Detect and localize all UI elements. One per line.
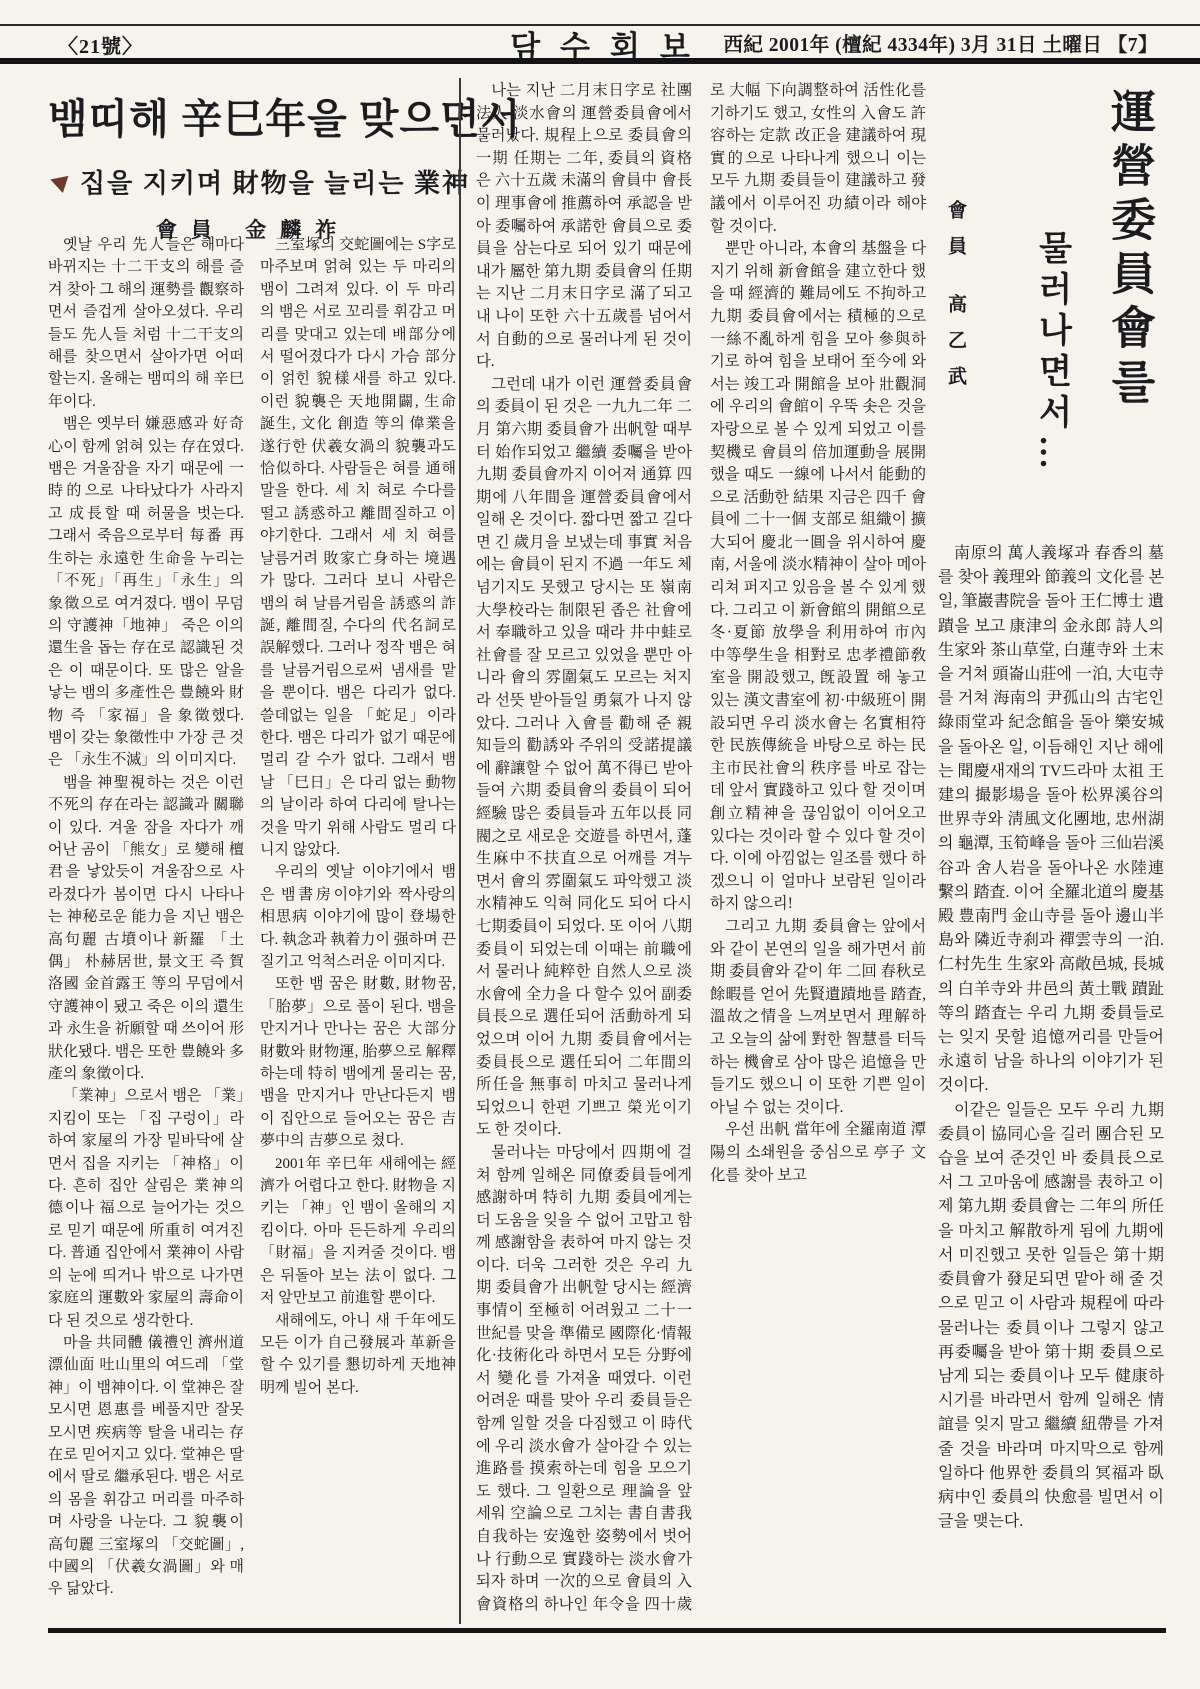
- article-retire-headline-main: 運營委員會를: [1097, 88, 1162, 528]
- paragraph: 이같은 일들은 모두 우리 九期 委員이 協同心을 길러 團合된 모습을 보여 …: [938, 1099, 1164, 1535]
- article-retire-right-block: 運營委員會를 물러나면서… 會員 高乙武 南原의 萬人義塚과 春香의 墓를 찾아…: [938, 80, 1164, 1626]
- paragraph: 南原의 萬人義塚과 春香의 墓를 찾아 義理와 節義의 文化를 본 일, 筆巖書…: [938, 542, 1164, 1099]
- page-bottom-rule: [48, 1628, 1166, 1633]
- article-retire-body-continued: 南原의 萬人義塚과 春香의 墓를 찾아 義理와 節義의 文化를 본 일, 筆巖書…: [938, 542, 1164, 1620]
- paragraph: 「業神」으로서 뱀은 「業」지킴이 또는 「집 구렁이」라 하여 家屋의 가장 …: [48, 1085, 244, 1331]
- paragraph: 우선 出帆 當年에 全羅南道 潭陽의 소쇄원을 중심으로 亭子 文化를 찾아 보…: [710, 1119, 926, 1187]
- paragraph: 뱀은 옛부터 嫌惡感과 好奇心이 함께 얽혀 있는 存在였다. 뱀은 겨울잠을 …: [48, 413, 244, 772]
- paragraph: 그리고 九期 委員會는 앞에서와 같이 본연의 일을 해가면서 前期 委員會와 …: [710, 916, 926, 1119]
- article-snake-subtitle: 집을 지키며 財物을 늘리는 業神: [80, 163, 470, 200]
- paragraph: 또한 뱀 꿈은 財數, 財物꿈, 「胎夢」으로 풀이 된다. 뱀을 만지거나 만…: [260, 973, 456, 1152]
- paragraph: 뱀을 神聖視하는 것은 이런 不死의 存在라는 認識과 關聯이 있다. 겨울 잠…: [48, 772, 244, 1086]
- paragraph: 우리의 옛날 이야기에서 뱀은 뱀書房이야기와 짝사랑의 相思病 이야기에 많이…: [260, 861, 456, 973]
- paragraph: 나는 지난 二月末日字로 社團法人 淡水會의 運營委員會에서 물러났다. 規程上…: [476, 80, 692, 374]
- article-snake-headline: 뱀띠해 辛巳年을 맞으면서: [48, 86, 458, 145]
- paragraph: 三室塚의 交蛇圖에는 S字로 마주보며 얽혀 있는 두 마리의 뱀이 그려져 있…: [260, 234, 456, 861]
- article-retire-body-main: 나는 지난 二月末日字로 社團法人 淡水會의 運營委員會에서 물러났다. 規程上…: [476, 80, 926, 1624]
- article-snake-header: 뱀띠해 辛巳年을 맞으면서 집을 지키며 財物을 늘리는 業神 會員 金麟祚: [48, 86, 458, 244]
- dateline: 西紀 2001年 (檀紀 4334年) 3月 31日 土曜日 【7】: [723, 29, 1158, 57]
- article-snake-body: 옛날 우리 先人들은 해마다 바뀌지는 十二干支의 해를 즐겨 찾아 그 해의 …: [48, 234, 456, 1622]
- article-snake-subtitle-row: 집을 지키며 財物을 늘리는 業神: [48, 163, 458, 200]
- article-retire-byline: 會員 高乙武: [942, 200, 969, 530]
- paragraph: 마을 共同體 儀禮인 濟州道 漂仙面 吐山里의 여드레 「堂神」이 뱀神이다. …: [48, 1332, 244, 1601]
- paragraph: 그런데 내가 이런 運營委員會의 委員이 된 것은 一九九二年 二月 第六期 委…: [476, 374, 692, 1142]
- column-divider: [459, 78, 461, 1624]
- header-bottom-rule: [0, 58, 1200, 64]
- left-arrow-icon: [48, 170, 69, 192]
- paragraph: 2001年 辛巳年 새해에는 經濟가 어렵다고 한다. 財物을 지키는 「神」인…: [260, 1153, 456, 1310]
- paragraph: 뿐만 아니라, 本會의 基盤을 다지기 위해 新會館을 建立한다 했을 때 經濟…: [710, 238, 926, 916]
- newspaper-page: 〈21號〉 담수회보 西紀 2001年 (檀紀 4334年) 3月 31日 土曜…: [0, 0, 1200, 1689]
- paragraph: 새해에도, 아니 새 千年에도 모든 이가 自己發展과 革新을 할 수 있기를 …: [260, 1310, 456, 1400]
- issue-number: 〈21號〉: [58, 30, 143, 59]
- paragraph: 옛날 우리 先人들은 해마다 바뀌지는 十二干支의 해를 즐겨 찾아 그 해의 …: [48, 234, 244, 413]
